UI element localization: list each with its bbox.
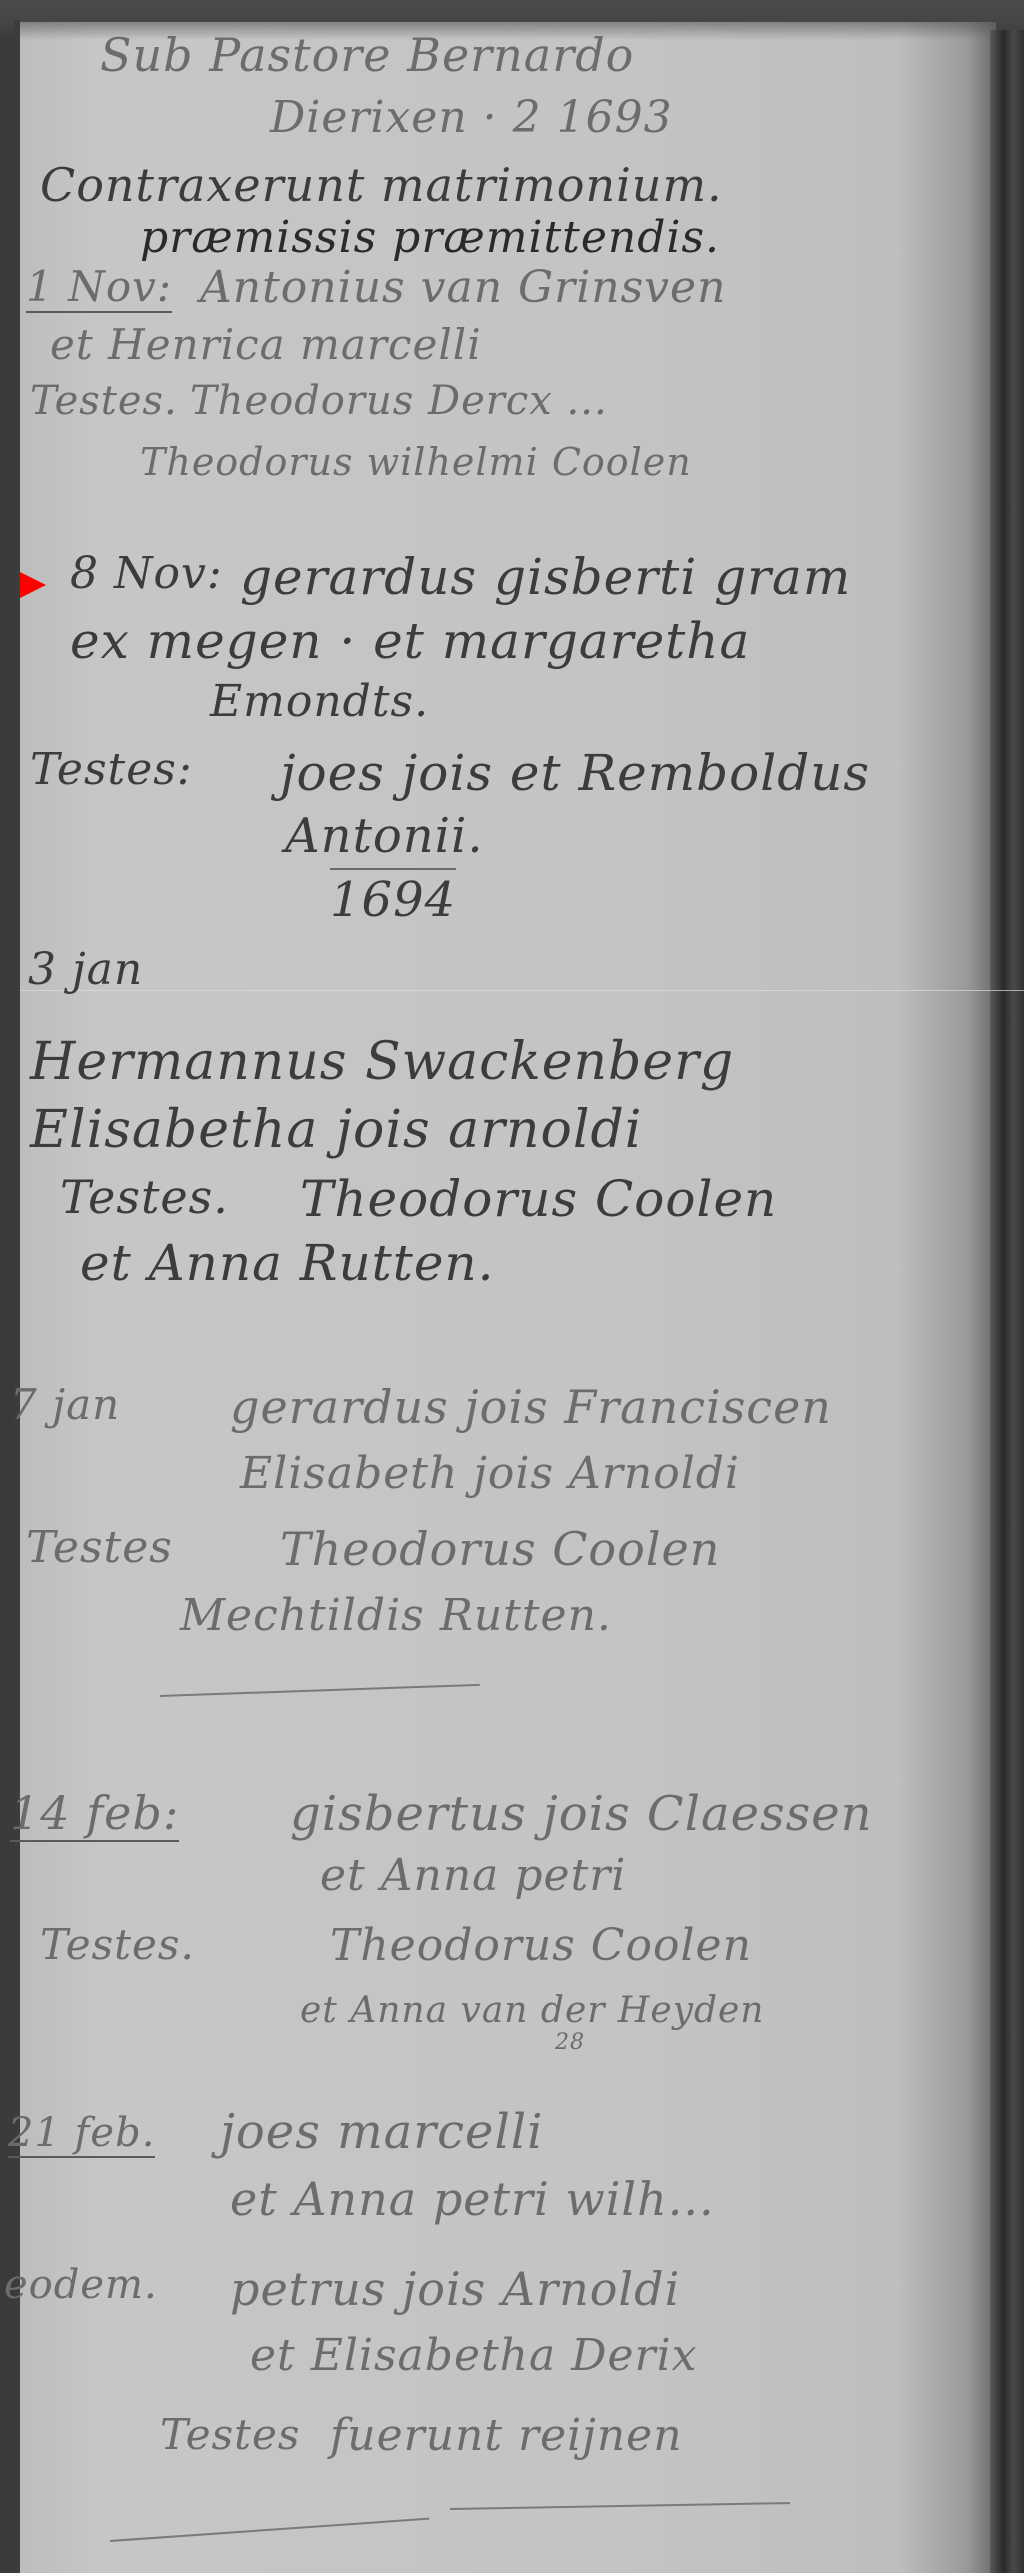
entry-text: joes marcelli	[220, 2104, 544, 2160]
witness-label: Testes:	[30, 744, 193, 795]
entry-text: Hermannus Swackenberg	[30, 1032, 734, 1092]
entry-date: 1 Nov:	[26, 262, 172, 311]
witness-line: Theodorus wilhelmi Coolen	[140, 440, 692, 484]
entry-date: 8 Nov:	[70, 548, 223, 599]
witness-label: Testes	[26, 1522, 173, 1573]
witness-label: Testes.	[60, 1170, 229, 1224]
header-line-1: Sub Pastore Bernardo	[100, 28, 634, 82]
witness-line: Theodorus Coolen	[330, 1920, 752, 1971]
entry-date: 7 jan	[10, 1380, 120, 1429]
entry-date: eodem.	[4, 2262, 158, 2308]
entry-text: et Anna petri wilh...	[230, 2172, 715, 2226]
entry-date: 3 jan	[28, 944, 143, 995]
entry-text: gisbertus jois Claessen	[290, 1786, 873, 1842]
entry-note: 28	[555, 2030, 585, 2055]
paper-crease	[20, 990, 1024, 991]
entry-text: ex megen · et margaretha	[70, 612, 750, 670]
entry-text: Antonius van Grinsven	[200, 262, 726, 313]
page-binding-edge	[990, 30, 1024, 2573]
header-line-2: Dierixen · 2 1693	[270, 92, 673, 143]
entry-text: Elisabeth jois Arnoldi	[240, 1448, 740, 1499]
witness-line: fuerunt reijnen	[330, 2410, 683, 2461]
witness-line: Theodorus Coolen	[300, 1170, 777, 1228]
entry-text: gerardus gisberti gram	[240, 548, 851, 606]
entry-text: Elisabetha jois arnoldi	[30, 1100, 642, 1160]
scanned-page: Sub Pastore Bernardo Dierixen · 2 1693 C…	[0, 0, 1024, 2573]
witness-line: Mechtildis Rutten.	[180, 1590, 612, 1641]
year-heading: 1694	[330, 868, 456, 928]
entry-text: Emondts.	[210, 676, 429, 727]
entry-date: 21 feb.	[8, 2110, 155, 2156]
witness-line: joes jois et Remboldus	[280, 744, 870, 802]
witness-line: Theodorus Coolen	[280, 1522, 720, 1576]
entry-date: 14 feb:	[10, 1786, 179, 1840]
header-line-3: Contraxerunt matrimonium.	[40, 158, 723, 212]
left-margin-rule	[14, 20, 20, 2573]
entry-text: gerardus jois Franciscen	[230, 1380, 832, 1434]
witness-label: Testes.	[30, 378, 178, 424]
header-line-4: præmissis præmittendis.	[140, 212, 720, 263]
entry-text: et Henrica marcelli	[50, 320, 482, 369]
witness-line: et Anna van der Heyden	[300, 1990, 765, 2031]
red-arrow-marker-icon	[20, 572, 46, 598]
entry-text: et Elisabetha Derix	[250, 2330, 697, 2381]
witness-label: Testes.	[40, 1920, 195, 1969]
witness-line: Theodorus Dercx ...	[190, 378, 608, 424]
entry-text: et Anna petri	[320, 1850, 626, 1901]
witness-label: Testes	[160, 2410, 300, 2459]
witness-line: Antonii.	[285, 808, 484, 864]
entry-text: petrus jois Arnoldi	[230, 2262, 680, 2316]
witness-line: et Anna Rutten.	[80, 1234, 495, 1292]
